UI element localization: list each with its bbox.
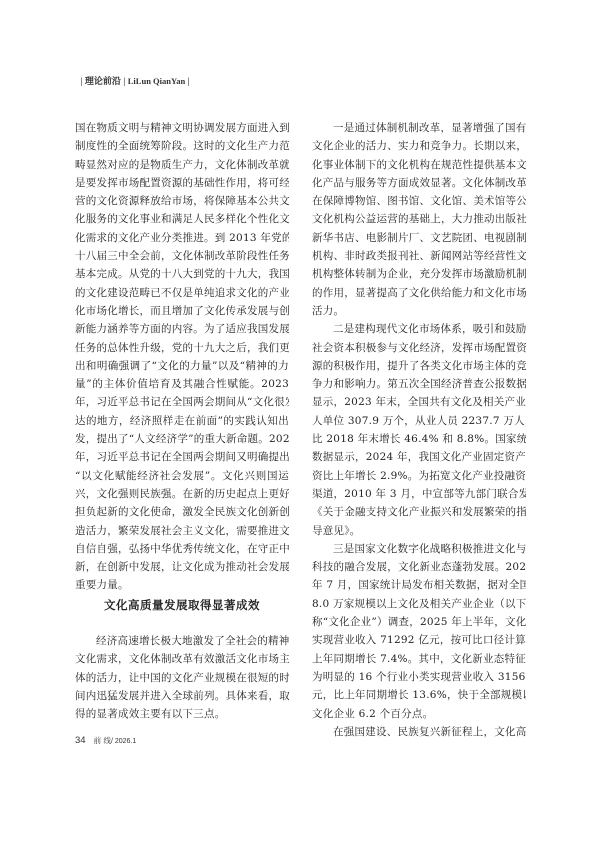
text-line: 化产品与服务等方面成效显著。文化体制改革: [312, 174, 526, 192]
text-line: 得的显著成效主要有以下三点。: [75, 705, 289, 723]
text-line: 造活力，繁荣发展社会主义文化，需要推进文化: [75, 522, 289, 540]
text-line: 文化需求，文化体制改革有效激活文化市场主: [75, 650, 289, 668]
text-line: 比 2018 年末增长 46.4% 和 8.8%。国家统计局: [312, 430, 526, 448]
text-line: 二是建构现代文化市场体系，吸引和鼓励: [312, 320, 526, 338]
text-line: 人单位 307.9 万个，从业人员 2237.7 万人，分别: [312, 412, 526, 430]
page-footer: 34前 线/ 2026.1: [75, 735, 136, 746]
text-line: 8.0 万家规模以上文化及相关产业企业（以下简: [312, 595, 526, 613]
text-line: 一是通过体制机制改革，显著增强了国有: [312, 119, 526, 137]
header-divider: |: [80, 77, 83, 87]
text-line: 称“文化企业”）调查，2025 年上半年，文化企业: [312, 613, 526, 631]
left-column-text: 国在物质文明与精神文明协调发展方面进入到制度性的全面统筹阶段。这时的文化生产力范…: [75, 119, 289, 595]
text-line: 达的地方，经济照样走在前面”的实践认知出: [75, 412, 289, 430]
text-line: 重要力量。: [75, 576, 289, 594]
text-line: 活力。: [312, 302, 526, 320]
text-line: 导意见》。: [312, 522, 526, 540]
magazine-name: 前 线: [94, 736, 111, 745]
text-line: 兴，文化强则民族强。在新的历史起点上更好: [75, 485, 289, 503]
text-line: 三是国家文化数字化战略积极推进文化与: [312, 540, 526, 558]
text-line: 《关于金融支持文化产业振兴和发展繁荣的指: [312, 503, 526, 521]
text-line: 制度性的全面统筹阶段。这时的文化生产力范: [75, 137, 289, 155]
text-line: 间内迅猛发展并进入全球前列。具体来看，取: [75, 687, 289, 705]
text-line: 年，习近平总书记在全国两会期间从“文化很发: [75, 393, 289, 411]
text-line: 新，在创新中发展，让文化成为推动社会发展的: [75, 558, 289, 576]
text-line: 在强国建设、民族复兴新征程上，文化高质: [312, 723, 526, 741]
text-line: 文化企业 6.2 个百分点。: [312, 705, 526, 723]
header-divider: |: [123, 77, 126, 87]
text-line: 的文化建设范畴已不仅是单纯追求文化的产业: [75, 284, 289, 302]
text-line: 畴显然对应的是物质生产力，文化体制改革就: [75, 156, 289, 174]
text-line: 数据显示，2024 年，我国文化产业固定资产投: [312, 448, 526, 466]
text-line: 元，比上年同期增长 13.6%，快于全部规模以上: [312, 686, 526, 704]
text-line: 争力和影响力。第五次全国经济普查公报数据: [312, 375, 526, 393]
text-line: 显示，2023 年末，全国共有文化及相关产业法: [312, 393, 526, 411]
text-line: 源的积极作用，提升了各类文化市场主体的竞: [312, 357, 526, 375]
text-line: 发，提出了“人文经济学”的重大新命题。2025: [75, 430, 289, 448]
text-line: 的作用，显著提高了文化供给能力和文化市场: [312, 284, 526, 302]
text-line: 自信自强，弘扬中华优秀传统文化，在守正中创: [75, 540, 289, 558]
section-heading: 文化高质量发展取得显著成效: [75, 597, 289, 613]
column-name-en: LiLun QianYan: [128, 76, 185, 86]
text-line: 为明显的 16 个行业小类实现营业收入 31564 亿: [312, 668, 526, 686]
text-line: 文化机构公益运营的基础上，大力推动出版社、: [312, 210, 526, 228]
text-line: 新能力涵养等方面的内容。为了适应我国发展: [75, 320, 289, 338]
text-line: 十八届三中全会前，文化体制改革阶段性任务: [75, 247, 289, 265]
text-line: 基本完成。从党的十八大到党的十九大，我国: [75, 265, 289, 283]
text-line: 任务的总体性升级，党的十九大之后，我们更突: [75, 339, 289, 357]
text-line: 实现营业收入 71292 亿元，按可比口径计算，比: [312, 631, 526, 649]
text-line: 体的活力，让中国的文化产业规模在很短的时: [75, 669, 289, 687]
header-divider: |: [187, 77, 190, 87]
text-line: 营的文化资源释放给市场，将保障基本公共文: [75, 192, 289, 210]
running-header: |理论前沿|LiLun QianYan|: [78, 74, 192, 87]
text-line: 是要发挥市场配置资源的基础性作用，将可经: [75, 174, 289, 192]
text-line: 国在物质文明与精神文明协调发展方面进入到: [75, 119, 289, 137]
text-line: 机构、非时政类报刊社、新闻网站等经营性文化: [312, 247, 526, 265]
text-line: 渠道，2010 年 3 月，中宣部等九部门联合发布: [312, 485, 526, 503]
text-line: 担负起新的文化使命，激发全民族文化创新创: [75, 503, 289, 521]
text-line: 量”的主体价值培育及其融合性赋能。2023: [75, 375, 289, 393]
text-line: 机构整体转制为企业，充分发挥市场激励机制: [312, 265, 526, 283]
right-column-text: 一是通过体制机制改革，显著增强了国有文化企业的活力、实力和竞争力。长期以来，文化…: [312, 119, 526, 741]
text-line: 化事业体制下的文化机构在规范性提供基本文: [312, 156, 526, 174]
text-line: 社会资本积极参与文化经济，发挥市场配置资: [312, 339, 526, 357]
issue-number: / 2026.1: [111, 738, 136, 745]
text-line: 经济高速增长极大地激发了全社会的精神: [75, 632, 289, 650]
column-name-zh: 理论前沿: [85, 77, 121, 87]
text-line: 化服务的文化事业和满足人民多样化个性化文: [75, 210, 289, 228]
text-line: 科技的融合发展，文化新业态蓬勃发展。2025: [312, 558, 526, 576]
text-line: 在保障博物馆、图书馆、文化馆、美术馆等公共: [312, 192, 526, 210]
text-line: 文化企业的活力、实力和竞争力。长期以来，文: [312, 137, 526, 155]
text-line: 资比上年增长 2.9%。为拓宽文化产业投融资: [312, 467, 526, 485]
text-line: 出和明确强调了“文化的力量”以及“精神的力: [75, 357, 289, 375]
text-line: 新华书店、电影制片厂、文艺院团、电视剧制作: [312, 229, 526, 247]
text-line: 年 7 月，国家统计局发布相关数据，据对全国: [312, 576, 526, 594]
page-number: 34: [75, 735, 86, 746]
text-line: “以文化赋能经济社会发展”。文化兴则国运: [75, 467, 289, 485]
text-line: 上年同期增长 7.4%。其中，文化新业态特征较: [312, 650, 526, 668]
text-line: 化市场化增长，而且增加了文化传承发展与创: [75, 302, 289, 320]
section-paragraph: 经济高速增长极大地激发了全社会的精神文化需求，文化体制改革有效激活文化市场主体的…: [75, 632, 289, 723]
text-line: 年，习近平总书记在全国两会期间又明确提出: [75, 448, 289, 466]
text-line: 化需求的文化产业分类推进。到 2013 年党的: [75, 229, 289, 247]
